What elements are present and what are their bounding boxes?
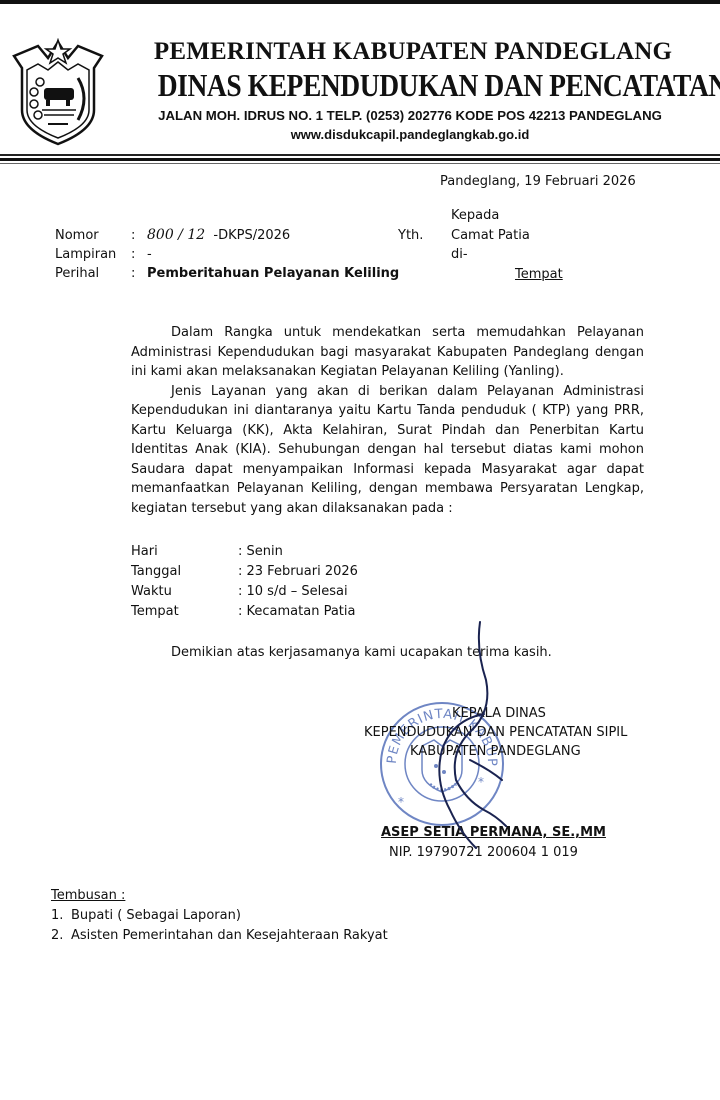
letter-meta: Nomor : 800 / 12 -DKPS/2026 Lampiran : -… <box>55 226 399 283</box>
handwritten-signature-icon <box>380 610 560 870</box>
schedule-value: : Kecamatan Patia <box>238 602 355 622</box>
cc-item-number: 2. <box>51 926 71 946</box>
cc-item-text: Asisten Pemerintahan dan Kesejahteraan R… <box>71 926 388 946</box>
schedule-label: Hari <box>131 542 238 562</box>
meta-value: 800 / 12 -DKPS/2026 <box>147 226 290 245</box>
meta-value: - <box>147 245 152 264</box>
body-paragraph-1: Dalam Rangka untuk mendekatkan serta mem… <box>131 323 644 382</box>
carbon-copy-block: Tembusan : 1. Bupati ( Sebagai Laporan) … <box>51 886 388 946</box>
letterhead-government: PEMERINTAH KABUPATEN PANDEGLANG <box>118 38 708 66</box>
schedule-label: Waktu <box>131 582 238 602</box>
schedule-row-time: Waktu : 10 s/d – Selesai <box>131 582 358 602</box>
meta-row-nomor: Nomor : 800 / 12 -DKPS/2026 <box>55 226 399 245</box>
meta-colon: : <box>131 226 147 245</box>
meta-label: Nomor <box>55 226 131 245</box>
schedule-label: Tanggal <box>131 562 238 582</box>
addressee-kepada: Kepada <box>451 206 499 226</box>
schedule-value: : 23 Februari 2026 <box>238 562 358 582</box>
top-border-bar <box>0 0 720 4</box>
meta-row-lampiran: Lampiran : - <box>55 245 399 264</box>
schedule-row-date: Tanggal : 23 Februari 2026 <box>131 562 358 582</box>
addressee-recipient: Camat Patia <box>451 226 530 246</box>
meta-label: Perihal <box>55 264 131 283</box>
letter-body: Dalam Rangka untuk mendekatkan serta mem… <box>131 323 644 518</box>
schedule-value: : 10 s/d – Selesai <box>238 582 348 602</box>
regency-coat-of-arms-icon <box>8 38 108 148</box>
addressee-di: di- <box>451 245 468 265</box>
letterhead-website: www.disdukcapil.pandeglangkab.go.id <box>130 127 690 142</box>
letter-date: Pandeglang, 19 Februari 2026 <box>440 174 636 189</box>
letterhead-divider <box>0 154 720 156</box>
addressee-yth: Yth. <box>398 226 451 246</box>
cc-title: Tembusan : <box>51 886 388 906</box>
letterhead-agency: DINAS KEPENDUDUKAN DAN PENCATATAN SIPIL <box>158 67 671 104</box>
addressee-block: Kepada Yth.Camat Patia di- Tempat <box>398 206 563 284</box>
addressee-tempat: Tempat <box>515 265 563 285</box>
letterhead-address: JALAN MOH. IDRUS NO. 1 TELP. (0253) 2027… <box>130 108 690 123</box>
meta-label: Lampiran <box>55 245 131 264</box>
cc-item: 1. Bupati ( Sebagai Laporan) <box>51 906 388 926</box>
number-suffix: -DKPS/2026 <box>213 228 290 243</box>
schedule-block: Hari : Senin Tanggal : 23 Februari 2026 … <box>131 542 358 622</box>
schedule-row-place: Tempat : Kecamatan Patia <box>131 602 358 622</box>
cc-item: 2. Asisten Pemerintahan dan Kesejahteraa… <box>51 926 388 946</box>
cc-item-text: Bupati ( Sebagai Laporan) <box>71 906 241 926</box>
schedule-label: Tempat <box>131 602 238 622</box>
body-paragraph-2: Jenis Layanan yang akan di berikan dalam… <box>131 382 644 519</box>
meta-value-subject: Pemberitahuan Pelayanan Keliling <box>147 264 399 283</box>
meta-row-perihal: Perihal : Pemberitahuan Pelayanan Kelili… <box>55 264 399 283</box>
letterhead-divider-thick <box>0 158 720 161</box>
letterhead-divider-thin <box>0 163 720 164</box>
schedule-value: : Senin <box>238 542 283 562</box>
handwritten-number: 800 / 12 <box>147 227 205 243</box>
meta-colon: : <box>131 264 147 283</box>
meta-colon: : <box>131 245 147 264</box>
cc-item-number: 1. <box>51 906 71 926</box>
schedule-row-day: Hari : Senin <box>131 542 358 562</box>
